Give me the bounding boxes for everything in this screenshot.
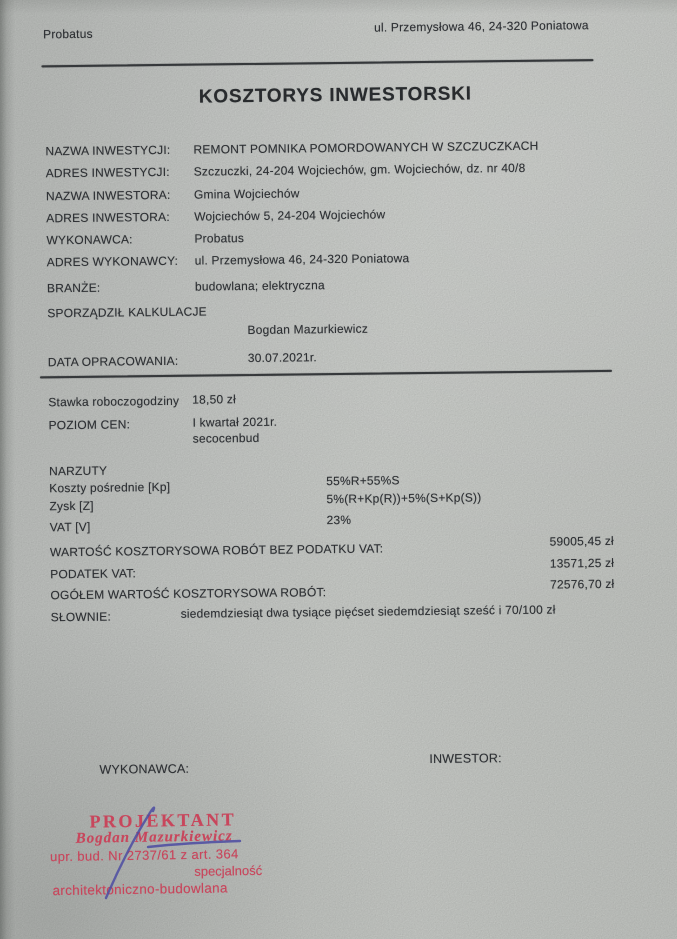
markup-label: Zysk [Z] [49,499,93,514]
prepared-by-row: SPORZĄDZIŁ KALKULACJE [47,300,636,321]
markup-row-profit: Zysk [Z] 5%(R+Kp(R))+5%(S+Kp(S)) [49,493,638,514]
date-label: DATA OPRACOWANIA: [48,354,179,369]
in-words-value: siedemdziesiąt dwa tysiące pięćset siede… [181,603,556,621]
designer-stamp: PROJEKTANT Bogdan Mazurkiewicz upr. bud.… [47,810,328,899]
contractor-signature-label: WYKONAWCA: [99,762,189,777]
page-title: KOSZTORYS INWESTORSKI [0,81,674,111]
markup-value: 5%(R+Kp(R))+5%(S+Kp(S)) [326,490,481,506]
stamp-specialty-word: specjalność [194,861,328,880]
header-divider [41,59,593,67]
total-value: 13571,25 zł [550,556,614,571]
total-value: 59005,45 zł [550,534,614,549]
total-label: OGÓŁEM WARTOŚĆ KOSZTORYSOWA ROBÓT: [50,585,326,602]
field-row-contractor-name: WYKONAWCA: Probatus [46,227,635,248]
field-value: REMONT POMNIKA POMORDOWANYCH W SZCZUCZKA… [193,139,538,157]
field-row-branches: BRANŻE: budowlana; elektryczna [47,275,636,296]
header-address: ul. Przemysłowa 46, 24-320 Poniatowa [374,18,589,34]
labor-rate-value: 18,50 zł [192,392,236,406]
section-divider [40,370,612,378]
field-value: Gmina Wojciechów [194,186,300,201]
total-row-gross: OGÓŁEM WARTOŚĆ KOSZTORYSOWA ROBÓT: 72576… [50,582,614,602]
field-label: BRANŻE: [47,281,101,296]
markup-label: Koszty pośrednie [Kp] [49,480,170,495]
markups-heading: NARZUTY [49,464,107,479]
field-value: ul. Przemysłowa 46, 24-320 Poniatowa [195,251,410,267]
total-label: WARTOŚĆ KOSZTORYSOWA ROBÓT BEZ PODATKU V… [50,542,383,560]
field-row-investor-address: ADRES INWESTORA: Wojciechów 5, 24-204 Wo… [46,205,635,226]
field-label: NAZWA INWESTYCJI: [45,143,170,158]
field-row-investment-address: ADRES INWESTYCJI: Szczuczki, 24-204 Wojc… [46,160,635,181]
header-company: Probatus [43,27,93,42]
date-value: 30.07.2021r. [248,350,317,365]
labor-rate-row: Stawka roboczogodziny 18,50 zł [48,389,637,410]
markup-label: VAT [V] [50,520,91,534]
field-row-investor-name: NAZWA INWESTORA: Gmina Wojciechów [46,183,635,204]
total-row-vat: PODATEK VAT: 13571,25 zł [50,561,614,581]
field-label: ADRES INWESTORA: [46,210,170,225]
total-row-net: WARTOŚĆ KOSZTORYSOWA ROBÓT BEZ PODATKU V… [50,539,614,559]
labor-rate-label: Stawka roboczogodziny [48,394,179,409]
field-label: ADRES INWESTYCJI: [46,165,170,180]
price-level-value: I kwartał 2021r. [192,415,277,430]
field-label: NAZWA INWESTORA: [46,188,171,203]
investor-signature-label: INWESTOR: [429,751,502,766]
field-label: ADRES WYKONAWCY: [47,254,179,269]
field-label: WYKONAWCA: [46,232,132,247]
scanned-page: Probatus ul. Przemysłowa 46, 24-320 Poni… [0,0,677,939]
field-value: Szczuczki, 24-204 Wojciechów, gm. Wojcie… [194,161,526,179]
markup-value: 23% [327,513,352,527]
total-label: PODATEK VAT: [50,566,136,581]
field-value: Wojciechów 5, 24-204 Wojciechów [194,207,385,223]
date-row: DATA OPRACOWANIA: 30.07.2021r. [48,349,637,370]
field-value: budowlana; elektryczna [195,278,325,293]
document-photo: Probatus ul. Przemysłowa 46, 24-320 Poni… [0,0,677,939]
prepared-by-label: SPORZĄDZIŁ KALKULACJE [47,304,207,320]
price-level-label: POZIOM CEN: [48,417,130,432]
total-value: 72576,70 zł [550,577,614,592]
field-row-investment-name: NAZWA INWESTYCJI: REMONT POMNIKA POMORDO… [45,138,634,159]
field-row-contractor-address: ADRES WYKONAWCY: ul. Przemysłowa 46, 24-… [47,249,636,270]
field-value: Probatus [194,231,244,246]
prepared-by-name: Bogdan Mazurkiewicz [247,322,368,337]
in-words-label: SŁOWNIE: [51,610,111,625]
price-level-row: POZIOM CEN: I kwartał 2021r. [48,412,637,433]
markup-value: 55%R+55%S [326,473,400,488]
price-level-source: secocenbud [193,431,260,446]
markup-row-vat: VAT [V] 23% [50,514,639,535]
amount-in-words-row: SŁOWNIE: siedemdziesiąt dwa tysiące pięć… [51,604,640,625]
